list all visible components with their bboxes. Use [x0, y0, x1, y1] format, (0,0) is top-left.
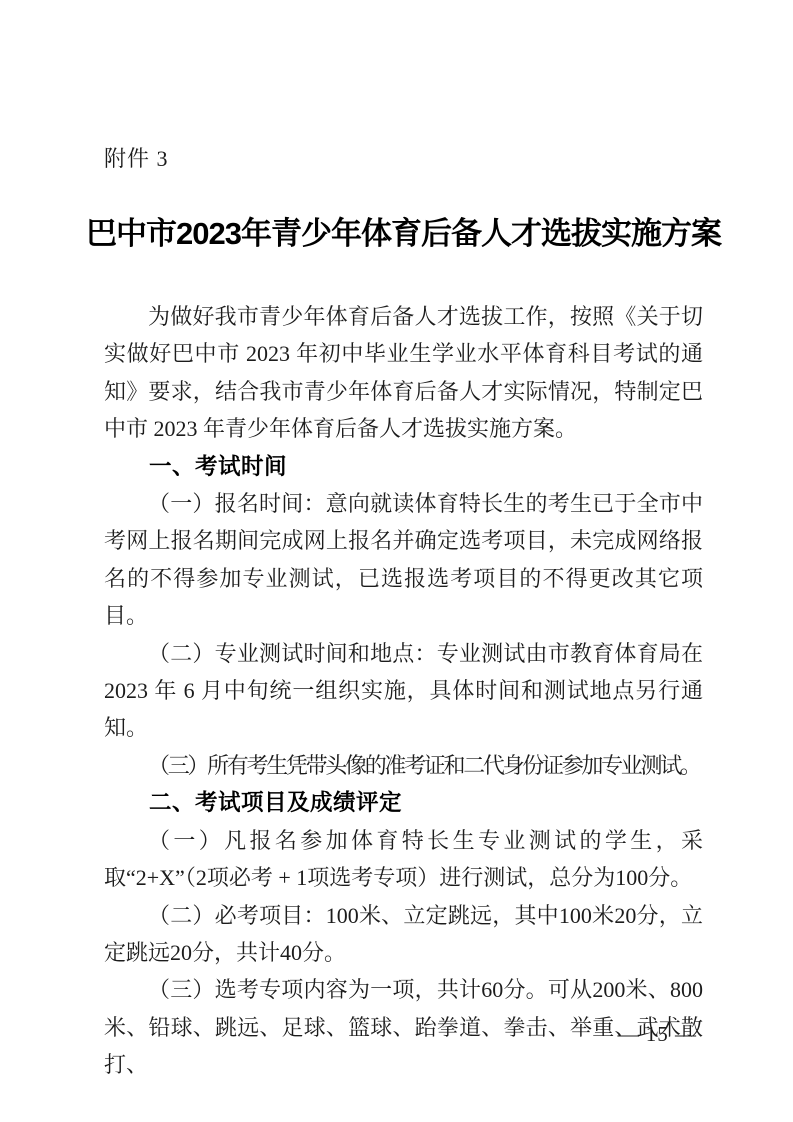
- document-page: 附件 3 巴中市2023年青少年体育后备人才选拔实施方案 为做好我市青少年体育后…: [0, 0, 793, 1122]
- page-number: — 15 —: [618, 1022, 698, 1046]
- document-title: 巴中市2023年青少年体育后备人才选拔实施方案: [84, 214, 723, 254]
- section-2-item-1: （一）凡报名参加体育特长生专业测试的学生，采取“2+X”（2项必考 + 1项选考…: [104, 822, 703, 897]
- section-1-heading: 一、考试时间: [104, 448, 703, 485]
- document-body: 为做好我市青少年体育后备人才选拔工作，按照《关于切实做好巴中市 2023 年初中…: [104, 298, 703, 1084]
- section-1-item-2: （二）专业测试时间和地点：专业测试由市教育体育局在 2023 年 6 月中旬统一…: [104, 635, 703, 747]
- section-2-item-3: （三）选考专项内容为一项，共计60分。可从200米、800米、铅球、跳远、足球、…: [104, 971, 703, 1083]
- section-1-item-3: （三）所有考生凭带头像的准考证和二代身份证参加专业测试。: [104, 747, 703, 784]
- section-2-item-2: （二）必考项目：100米、立定跳远，其中100米20分，立定跳远20分，共计40…: [104, 897, 703, 972]
- intro-paragraph: 为做好我市青少年体育后备人才选拔工作，按照《关于切实做好巴中市 2023 年初中…: [104, 298, 703, 448]
- section-2-heading: 二、考试项目及成绩评定: [104, 784, 703, 821]
- section-1-item-1: （一）报名时间：意向就读体育特长生的考生已于全市中考网上报名期间完成网上报名并确…: [104, 485, 703, 635]
- attachment-label: 附件 3: [104, 146, 703, 172]
